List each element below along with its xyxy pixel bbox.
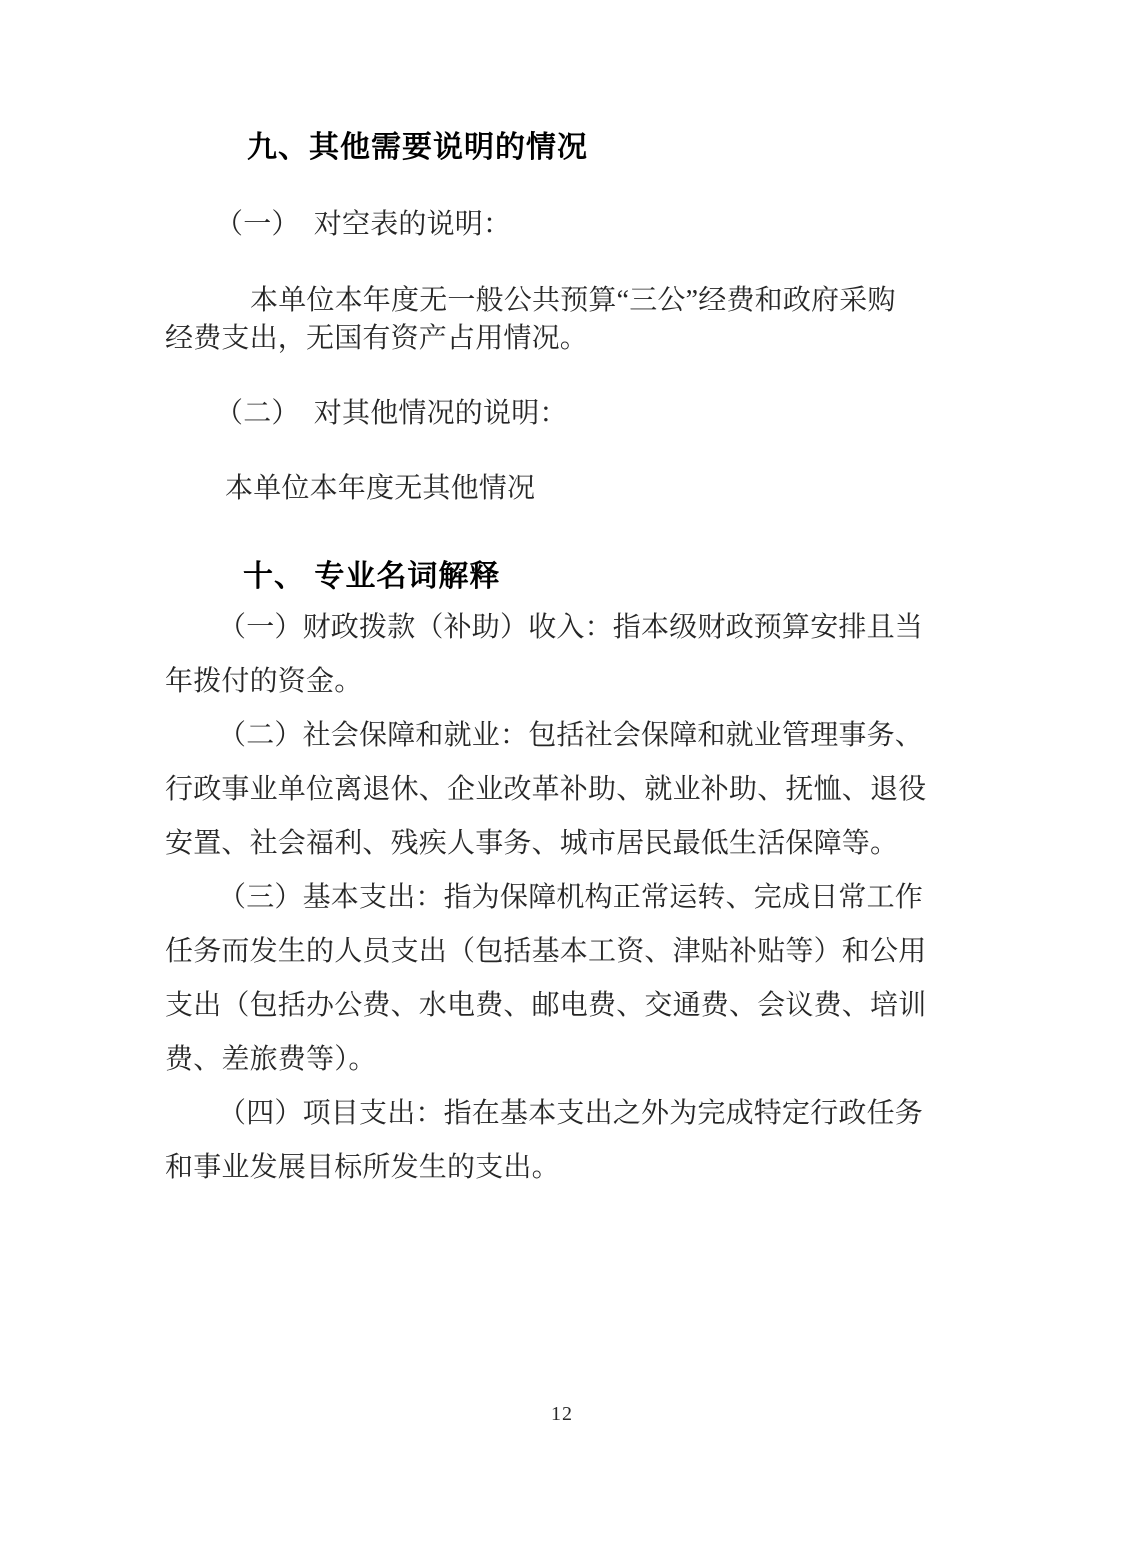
- other-situations-note-label: （二） 对其他情况的说明：: [165, 395, 955, 432]
- blank-tables-note-label: （一） 对空表的说明：: [165, 206, 955, 243]
- section-ten-heading: 十、 专业名词解释: [243, 557, 955, 597]
- term-definition-basic-expenditure: （三）基本支出：指为保障机构正常运转、完成日常工作 任务而发生的人员支出（包括基…: [165, 871, 955, 1087]
- page-content: 九、其他需要说明的情况 （一） 对空表的说明： 本单位本年度无一般公共预算“三公…: [0, 128, 1124, 1195]
- term-definition-social-security: （二）社会保障和就业：包括社会保障和就业管理事务、 行政事业单位离退休、企业改革…: [165, 709, 955, 871]
- term-definition-project-expenditure: （四）项目支出：指在基本支出之外为完成特定行政任务 和事业发展目标所发生的支出。: [165, 1087, 955, 1195]
- term-definitions: （一）财政拨款（补助）收入：指本级财政预算安排且当 年拨付的资金。 （二）社会保…: [165, 601, 955, 1195]
- blank-tables-note-body: 本单位本年度无一般公共预算“三公”经费和政府采购 经费支出，无国有资产占用情况。: [165, 282, 955, 357]
- page-number: 12: [0, 1403, 1124, 1426]
- term-definition-fiscal-appropriation: （一）财政拨款（补助）收入：指本级财政预算安排且当 年拨付的资金。: [165, 601, 955, 709]
- other-situations-note-body: 本单位本年度无其他情况: [165, 470, 955, 507]
- section-nine-heading: 九、其他需要说明的情况: [247, 128, 955, 168]
- document-page: 九、其他需要说明的情况 （一） 对空表的说明： 本单位本年度无一般公共预算“三公…: [0, 0, 1124, 1553]
